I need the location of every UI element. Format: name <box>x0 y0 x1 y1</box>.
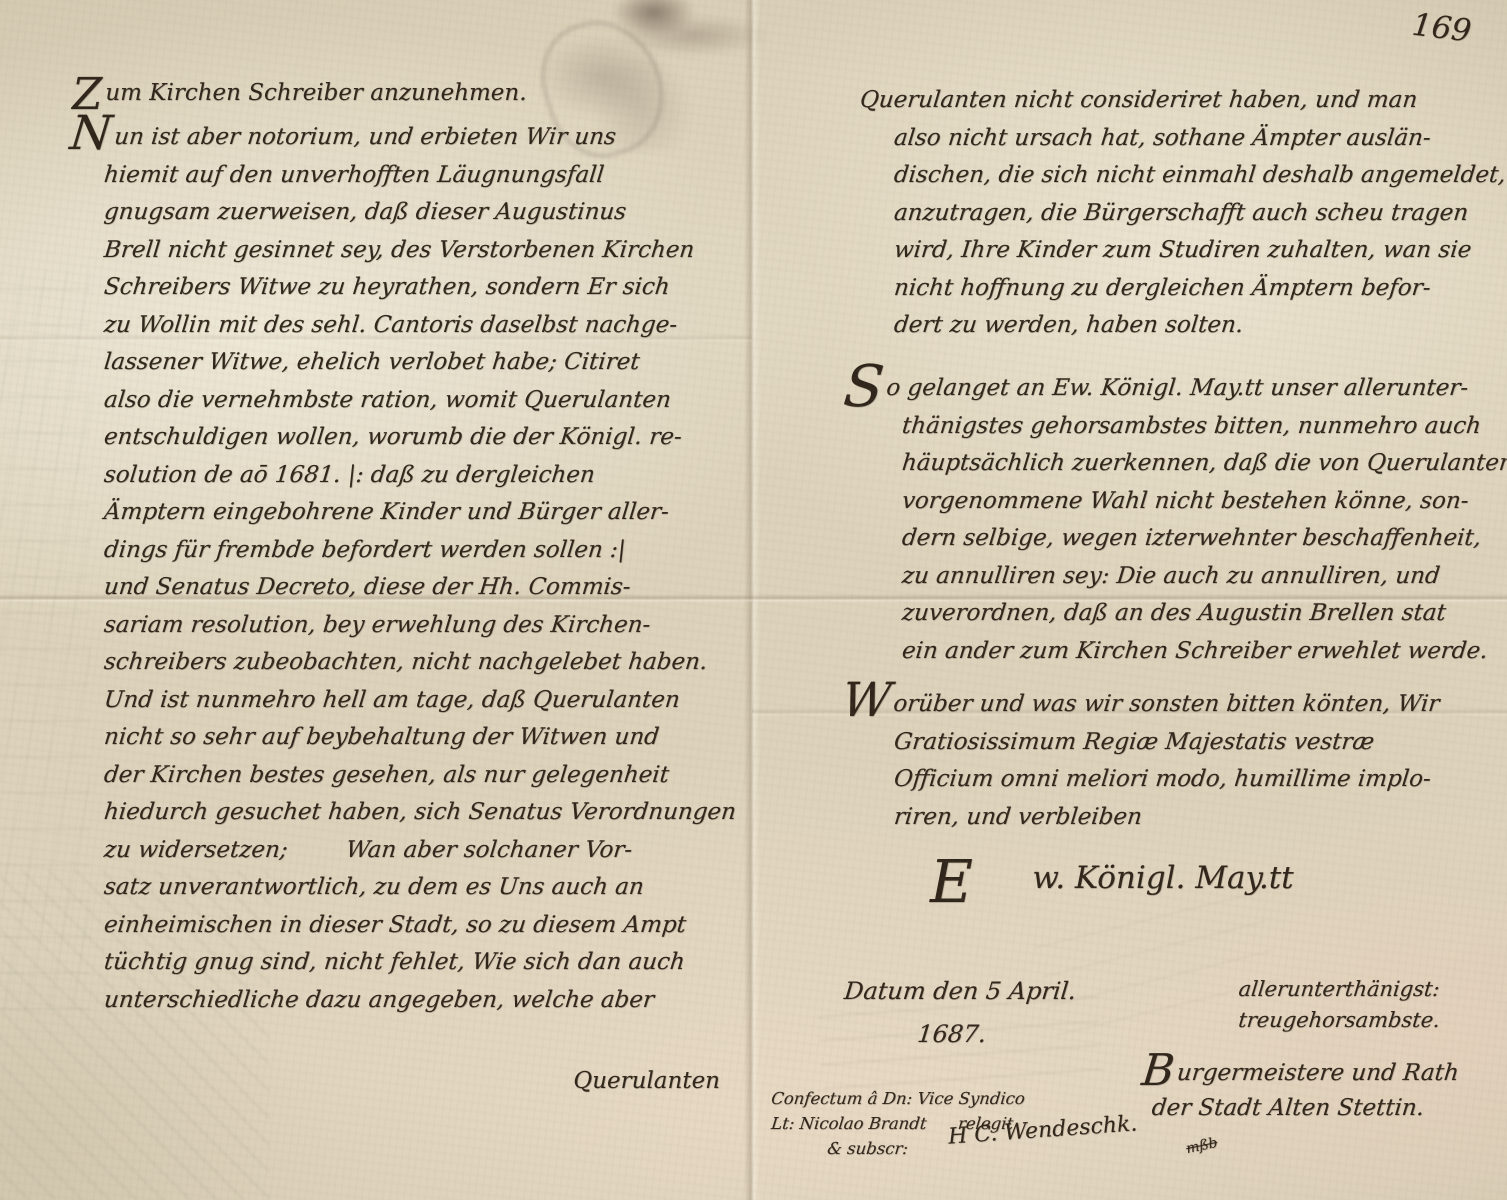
manuscript-line: anzutragen, die Bürgerschafft auch scheu… <box>892 195 1502 233</box>
right-page-paragraph-1: Querulanten nicht consideriret haben, un… <box>858 82 1498 345</box>
manuscript-line: Brell nicht gesinnet sey, des Verstorben… <box>102 232 762 270</box>
sender-signature-block: Burgermeistere und Rath der Stadt Alten … <box>1140 1056 1450 1126</box>
manuscript-line: dern selbige, wegen izterwehnter beschaf… <box>900 520 1506 558</box>
left-page-paragraph: Nun ist aber notorium, und erbieten Wir … <box>68 119 758 1019</box>
docket-line: Confectum â Dn: Vice Syndico <box>770 1086 1026 1111</box>
manuscript-line: und Senatus Decreto, diese der Hh. Commi… <box>102 569 762 607</box>
manuscript-line: zu annulliren sey: Die auch zu annullire… <box>900 558 1506 596</box>
manuscript-line: der Kirchen bestes gesehen, als nur gele… <box>102 757 762 795</box>
manuscript-line: entschuldigen wollen, worumb die der Kön… <box>102 419 762 457</box>
manuscript-line: zu widersetzen; Wan aber solchaner Vor- <box>102 832 762 870</box>
manuscript-line: satz unverantwortlich, zu dem es Uns auc… <box>102 869 762 907</box>
manuscript-line: hiedurch gesuchet haben, sich Senatus Ve… <box>102 794 762 832</box>
manuscript-line: sariam resolution, bey erwehlung des Kir… <box>102 607 762 645</box>
manuscript-line: gnugsam zuerweisen, daß dieser Augustinu… <box>102 194 762 232</box>
manuscript-line: zu Wollin mit des sehl. Cantoris daselbs… <box>102 307 762 345</box>
manuscript-line: Worüber und was wir sonsten bitten könte… <box>840 686 1504 724</box>
manuscript-line: riren, und verbleiben <box>892 799 1504 837</box>
right-page-paragraph-2: So gelanget an Ew. Königl. May.tt unser … <box>842 370 1502 670</box>
manuscript-line: Ämptern eingebohrene Kinder und Bürger a… <box>102 494 762 532</box>
manuscript-line: vorgenommene Wahl nicht bestehen könne, … <box>900 483 1506 521</box>
manuscript-line: Officium omni meliori modo, humillime im… <box>892 761 1504 799</box>
manuscript-line: häuptsächlich zuerkennen, daß die von Qu… <box>900 445 1506 483</box>
manuscript-line: lassener Witwe, ehelich verlobet habe; C… <box>102 344 762 382</box>
manuscript-line: So gelanget an Ew. Königl. May.tt unser … <box>842 370 1506 408</box>
manuscript-line: Querulanten nicht consideriret haben, un… <box>858 82 1502 120</box>
manuscript-line: zuverordnen, daß an des Augustin Brellen… <box>900 595 1506 633</box>
right-page-paragraph-3: Worüber und was wir sonsten bitten könte… <box>840 686 1500 836</box>
manuscript-line: dert zu werden, haben solten. <box>892 307 1502 345</box>
manuscript-line: unterschiedliche dazu angegeben, welche … <box>102 982 762 1020</box>
manuscript-line: dings für frembde befordert werden solle… <box>102 532 762 570</box>
signature-line: der Stadt Alten Stettin. <box>1150 1091 1454 1126</box>
manuscript-line: also nicht ursach hat, sothane Ämpter au… <box>892 120 1502 158</box>
manuscript-line: wird, Ihre Kinder zum Studiren zuhalten,… <box>892 232 1502 270</box>
manuscript-line: nicht hoffnung zu dergleichen Ämptern be… <box>892 270 1502 308</box>
manuscript-line: tüchtig gnug sind, nicht fehlet, Wie sic… <box>102 944 762 982</box>
datum-year: 1687. <box>842 1013 1062 1056</box>
manuscript-line: schreibers zubeobachten, nicht nachgeleb… <box>102 644 762 682</box>
closing-line: allerunterthänigst: <box>1210 974 1468 1005</box>
manuscript-line: Und ist nunmehro hell am tage, daß Queru… <box>102 682 762 720</box>
manuscript-line: also die vernehmbste ration, womit Queru… <box>102 382 762 420</box>
closing-formula: allerunterthänigst: treugehorsambste. <box>1210 974 1465 1036</box>
manuscript-line: Schreibers Witwe zu heyrathen, sondern E… <box>102 269 762 307</box>
manuscript-line: dischen, die sich nicht einmahl deshalb … <box>892 157 1502 195</box>
closing-line: treugehorsambste. <box>1210 1005 1468 1036</box>
datum-block: Datum den 5 April. 1687. <box>842 970 1057 1056</box>
salutation-royal-majesty: Ew. Königl. May.tt <box>930 860 1350 896</box>
manuscript-line: Nun ist aber notorium, und erbieten Wir … <box>68 119 762 157</box>
manuscript-line: Gratiosissimum Regiæ Majestatis vestræ <box>892 724 1504 762</box>
manuscript-line: nicht so sehr auf beybehaltung der Witwe… <box>102 719 762 757</box>
left-page-opening-line: Zum Kirchen Schreiber anzunehmen. <box>72 80 527 106</box>
manuscript-line: thänigstes gehorsambstes bitten, nunmehr… <box>900 408 1506 446</box>
manuscript-line: hiemit auf den unverhofften Läugnungsfal… <box>102 157 762 195</box>
page-number: 169 <box>1410 7 1473 50</box>
manuscript-line: ein ander zum Kirchen Schreiber erwehlet… <box>900 633 1506 671</box>
manuscript-line: solution de aō 1681. |: daß zu dergleich… <box>102 457 762 495</box>
signature-line: Burgermeistere und Rath <box>1140 1056 1454 1091</box>
catchword: Querulanten <box>70 1068 720 1094</box>
registrar-paraph: mßb <box>1185 1135 1219 1157</box>
datum-line: Datum den 5 April. <box>842 970 1062 1013</box>
manuscript-scan: 169 Zum Kirchen Schreiber anzunehmen. Nu… <box>0 0 1507 1200</box>
manuscript-line: einheimischen in dieser Stadt, so zu die… <box>102 907 762 945</box>
